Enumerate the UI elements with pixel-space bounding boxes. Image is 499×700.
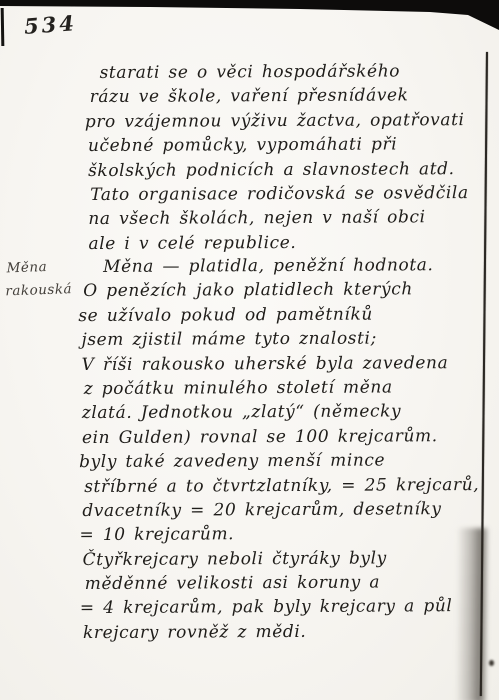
text-line: jsem zjistil máme tyto znalosti;	[81, 326, 485, 353]
text-line: krejcary rovněž z mědi.	[83, 619, 487, 646]
text-line: školských podnicích a slavnostech atd.	[88, 157, 488, 183]
scanned-chronicle-page: 534 Měna rakouská starati se o věci hosp…	[0, 0, 499, 700]
text-line: = 4 krejcarům, pak byly krejcary a půl	[80, 594, 487, 621]
text-line: z počátku minulého století měna	[84, 375, 486, 401]
margin-note-line-2: rakouská	[5, 278, 86, 304]
text-line: Čtyřkrejcary neboli čtyráky byly	[83, 546, 487, 573]
paragraph-school-care: starati se o věci hospodářského rázu ve …	[87, 59, 488, 256]
text-line: učebné pomůcky, vypomáhati při	[88, 132, 488, 158]
margin-note: Měna rakouská	[6, 255, 86, 304]
text-line: rázu ve škole, vaření přesnídávek	[90, 83, 488, 109]
text-line: ale i v celé republice.	[88, 230, 488, 256]
scan-right-edge-smudge	[455, 528, 488, 700]
text-line: Tato organisace rodičovská se osvědčila	[90, 181, 488, 207]
text-line: se užívalo pokud od pamětníků	[78, 302, 485, 329]
text-line: Měna — platidla, peněžní hodnota.	[103, 253, 485, 279]
paragraph-currency: Měna — platidla, peněžní hodnota. O peně…	[81, 253, 487, 645]
text-line: stříbrné a to čtvrtzlatníky, = 25 krejca…	[84, 472, 486, 498]
text-line: pro vzájemnou výživu žactva, opatřovati	[85, 108, 488, 135]
page-number: 534	[23, 10, 77, 39]
text-line: dvacetníky = 20 krejcarům, desetníky	[82, 497, 486, 524]
text-line: V říši rakousko uherské byla zavedena	[81, 351, 485, 378]
scan-right-edge-speck	[489, 660, 494, 666]
text-line: byly také zavedeny menší mince	[79, 448, 486, 475]
text-line: ein Gulden) rovnal se 100 krejcarům.	[82, 424, 486, 451]
text-line: zlatá. Jednotkou „zlatý“ (německy	[82, 399, 486, 426]
text-line: starati se o věci hospodářského	[99, 59, 487, 85]
text-line: O penězích jako platidlech kterých	[83, 277, 485, 303]
scan-left-edge-artifact	[1, 8, 4, 46]
margin-note-line-1: Měna	[6, 255, 85, 281]
text-line: měděnné velikosti asi koruny a	[85, 570, 487, 596]
text-line: = 10 krejcarům.	[79, 521, 486, 548]
text-line: na všech školách, nejen v naší obci	[88, 205, 488, 231]
